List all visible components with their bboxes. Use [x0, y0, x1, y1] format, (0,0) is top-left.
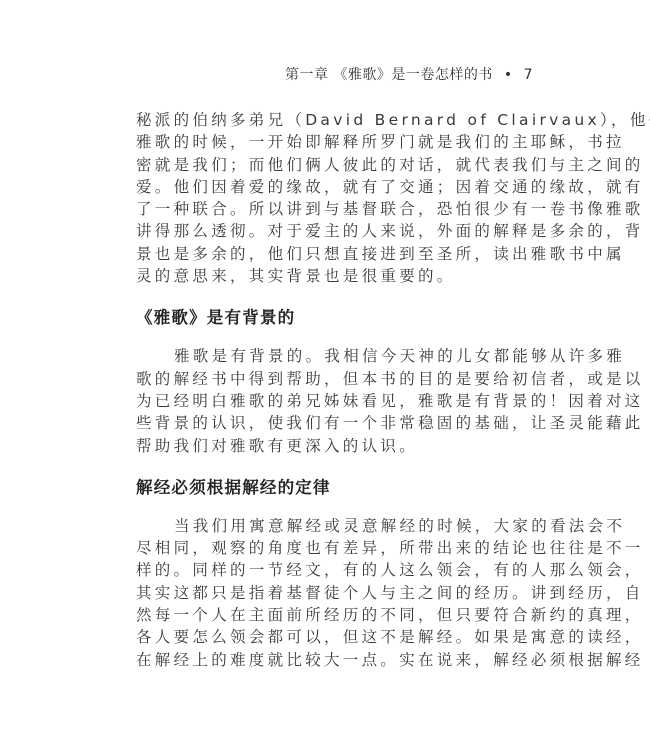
text-line: 些背景的认识，使我们有一个非常稳固的基础，让圣灵能藉此	[136, 412, 536, 434]
running-header: 第一章 《雅歌》是一卷怎样的书 • 7	[285, 64, 533, 84]
text-line: 爱。他们因着爱的缘故，就有了交通；因着交通的缘故，就有	[136, 176, 536, 198]
text-line: 了一种联合。所以讲到与基督联合，恐怕很少有一卷书像雅歌	[136, 198, 536, 220]
text-line: 灵的意思来，其实背景也是很重要的。	[136, 265, 536, 287]
text-line: 在解经上的难度就比较大一点。实在说来，解经必须根据解经	[136, 649, 536, 671]
section-heading-exegesis-rules: 解经必须根据解经的定律	[136, 477, 536, 499]
text-line: 帮助我们对雅歌有更深入的认识。	[136, 435, 536, 457]
page-number: 7	[524, 67, 533, 83]
paragraph-2: 雅歌是有背景的。我相信今天神的儿女都能够从许多雅 歌的解经书中得到帮助，但本书的…	[136, 345, 536, 456]
text-line: 雅歌是有背景的。我相信今天神的儿女都能够从许多雅	[136, 345, 536, 367]
text-line: 为已经明白雅歌的弟兄姊妹看见，雅歌是有背景的！因着对这	[136, 390, 536, 412]
header-separator: •	[504, 67, 513, 83]
chapter-title: 《雅歌》是一卷怎样的书	[333, 67, 493, 83]
text-line: 歌的解经书中得到帮助，但本书的目的是要给初信者，或是以	[136, 368, 536, 390]
text-line: 当我们用寓意解经或灵意解经的时候，大家的看法会不	[136, 515, 536, 537]
text-line: 秘派的伯纳多弟兄（David Bernard of Clairvaux），他们读	[136, 109, 536, 131]
book-page: 第一章 《雅歌》是一卷怎样的书 • 7 秘派的伯纳多弟兄（David Berna…	[0, 0, 650, 750]
text-line: 然每一个人在主面前所经历的不同，但只要符合新约的真理，	[136, 604, 536, 626]
text-line: 雅歌的时候，一开始即解释所罗门就是我们的主耶稣，书拉	[136, 131, 536, 153]
text-line: 景也是多余的，他们只想直接进到至圣所，读出雅歌书中属	[136, 243, 536, 265]
paragraph-3: 当我们用寓意解经或灵意解经的时候，大家的看法会不 尽相同，观察的角度也有差异，所…	[136, 515, 536, 671]
text-line: 样的。同样的一节经文，有的人这么领会，有的人那么领会，	[136, 559, 536, 581]
body-text: 秘派的伯纳多弟兄（David Bernard of Clairvaux），他们读…	[136, 109, 536, 671]
paragraph-1: 秘派的伯纳多弟兄（David Bernard of Clairvaux），他们读…	[136, 109, 536, 287]
text-line: 尽相同，观察的角度也有差异，所带出来的结论也往往是不一	[136, 537, 536, 559]
text-line: 讲得那么透彻。对于爱主的人来说，外面的解释是多余的，背	[136, 220, 536, 242]
text-line: 其实这都只是指着基督徒个人与主之间的经历。讲到经历，自	[136, 582, 536, 604]
text-line: 各人要怎么领会都可以，但这不是解经。如果是寓意的读经，	[136, 626, 536, 648]
text-line: 密就是我们；而他们俩人彼此的对话，就代表我们与主之间的	[136, 154, 536, 176]
chapter-label: 第一章	[285, 67, 329, 83]
section-heading-background: 《雅歌》是有背景的	[136, 307, 536, 329]
